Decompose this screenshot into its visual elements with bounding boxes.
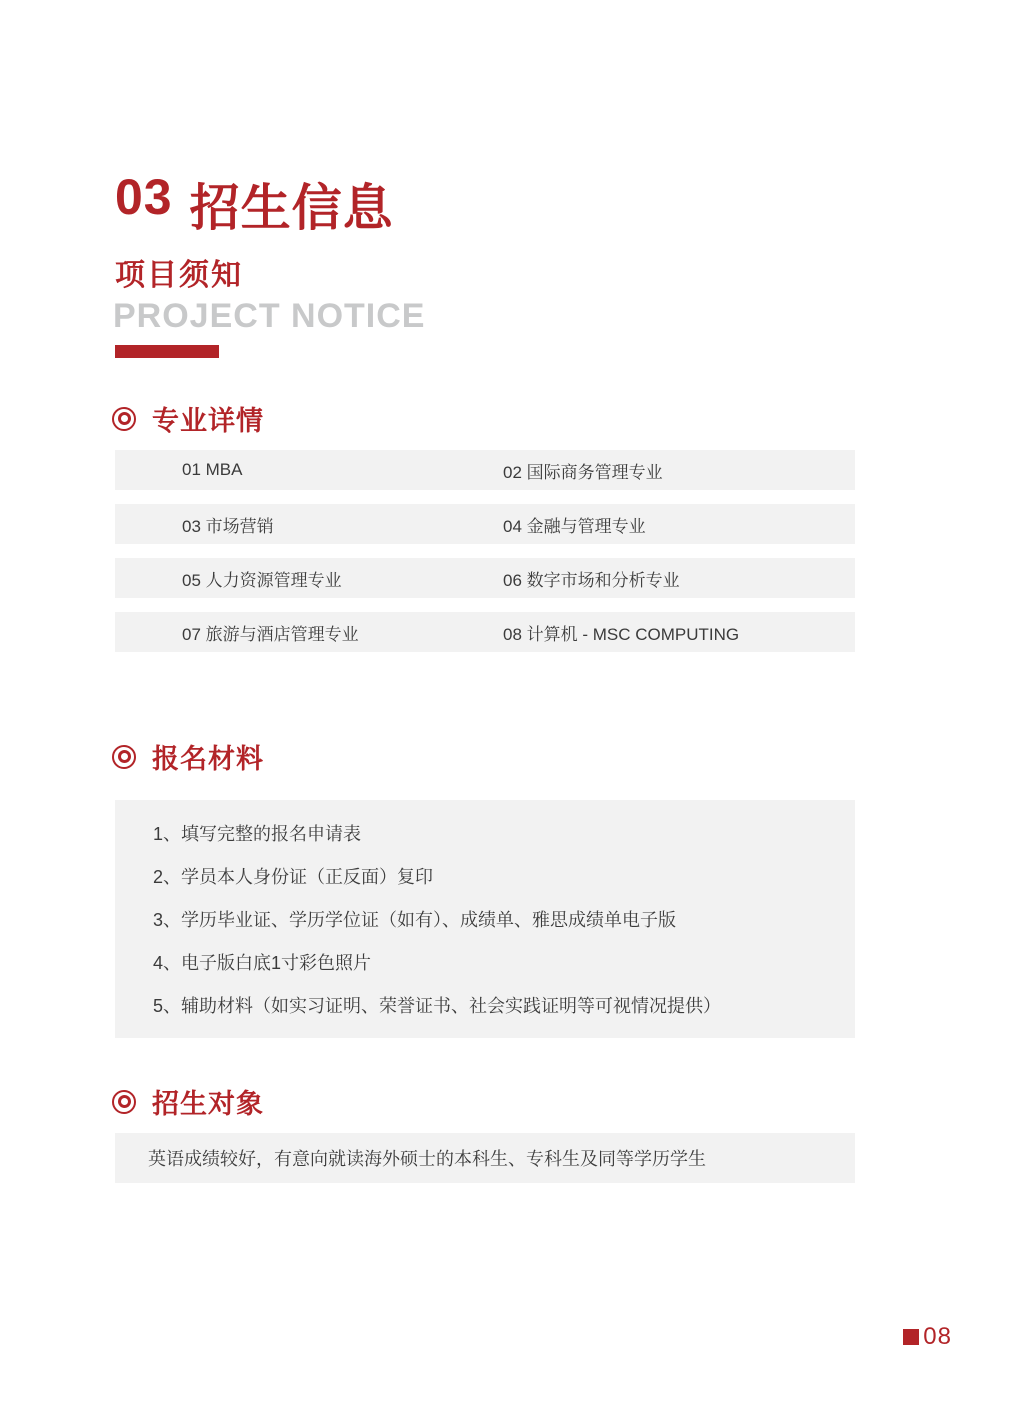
section-heading-label: 报名材料 (152, 737, 264, 776)
subtitle-cn: 项目须知 (115, 250, 243, 294)
subtitle-en: PROJECT NOTICE (113, 297, 425, 336)
major-cell: 01 MBA (115, 460, 503, 480)
list-item: 2、学员本人身份证（正反面）复印 (153, 856, 835, 899)
list-item: 5、辅助材料（如实习证明、荣誉证书、社会实践证明等可视情况提供） (153, 985, 835, 1028)
double-circle-bullet-icon (112, 1090, 136, 1114)
red-square-icon (903, 1329, 919, 1345)
major-cell: 06 数字市场和分析专业 (503, 566, 680, 591)
section-heading-label: 招生对象 (152, 1082, 264, 1121)
double-circle-bullet-icon (112, 407, 136, 431)
table-row: 03 市场营销 04 金融与管理专业 (115, 504, 855, 544)
brochure-page: 03 招生信息 项目须知 PROJECT NOTICE 专业详情 01 MBA … (0, 0, 1024, 1425)
section-heading-label: 专业详情 (152, 399, 264, 438)
accent-bar (115, 345, 219, 358)
audience-box: 英语成绩较好，有意向就读海外硕士的本科生、专科生及同等学历学生 (115, 1133, 855, 1183)
page-footer: 08 (903, 1323, 952, 1351)
major-cell: 05 人力资源管理专业 (115, 566, 503, 591)
major-cell: 04 金融与管理专业 (503, 512, 646, 537)
table-row: 07 旅游与酒店管理专业 08 计算机 - MSC COMPUTING (115, 612, 855, 652)
section-heading-materials: 报名材料 (112, 737, 264, 776)
table-row: 05 人力资源管理专业 06 数字市场和分析专业 (115, 558, 855, 598)
audience-text: 英语成绩较好，有意向就读海外硕士的本科生、专科生及同等学历学生 (148, 1145, 706, 1171)
section-heading-audience: 招生对象 (112, 1082, 264, 1121)
materials-list-box: 1、填写完整的报名申请表 2、学员本人身份证（正反面）复印 3、学历毕业证、学历… (115, 800, 855, 1038)
major-cell: 08 计算机 - MSC COMPUTING (503, 620, 739, 645)
section-title: 招生信息 (190, 168, 394, 240)
list-item: 4、电子版白底1寸彩色照片 (153, 942, 835, 985)
double-circle-bullet-icon (112, 745, 136, 769)
page-number: 08 (923, 1323, 952, 1351)
major-cell: 03 市场营销 (115, 512, 503, 537)
section-heading-majors: 专业详情 (112, 399, 264, 438)
major-cell: 07 旅游与酒店管理专业 (115, 620, 503, 645)
majors-table: 01 MBA 02 国际商务管理专业 03 市场营销 04 金融与管理专业 05… (115, 450, 855, 666)
page-title: 03 招生信息 (115, 168, 394, 240)
table-row: 01 MBA 02 国际商务管理专业 (115, 450, 855, 490)
major-cell: 02 国际商务管理专业 (503, 458, 663, 483)
list-item: 3、学历毕业证、学历学位证（如有）、成绩单、雅思成绩单电子版 (153, 899, 835, 942)
section-number: 03 (115, 168, 173, 240)
list-item: 1、填写完整的报名申请表 (153, 813, 835, 856)
